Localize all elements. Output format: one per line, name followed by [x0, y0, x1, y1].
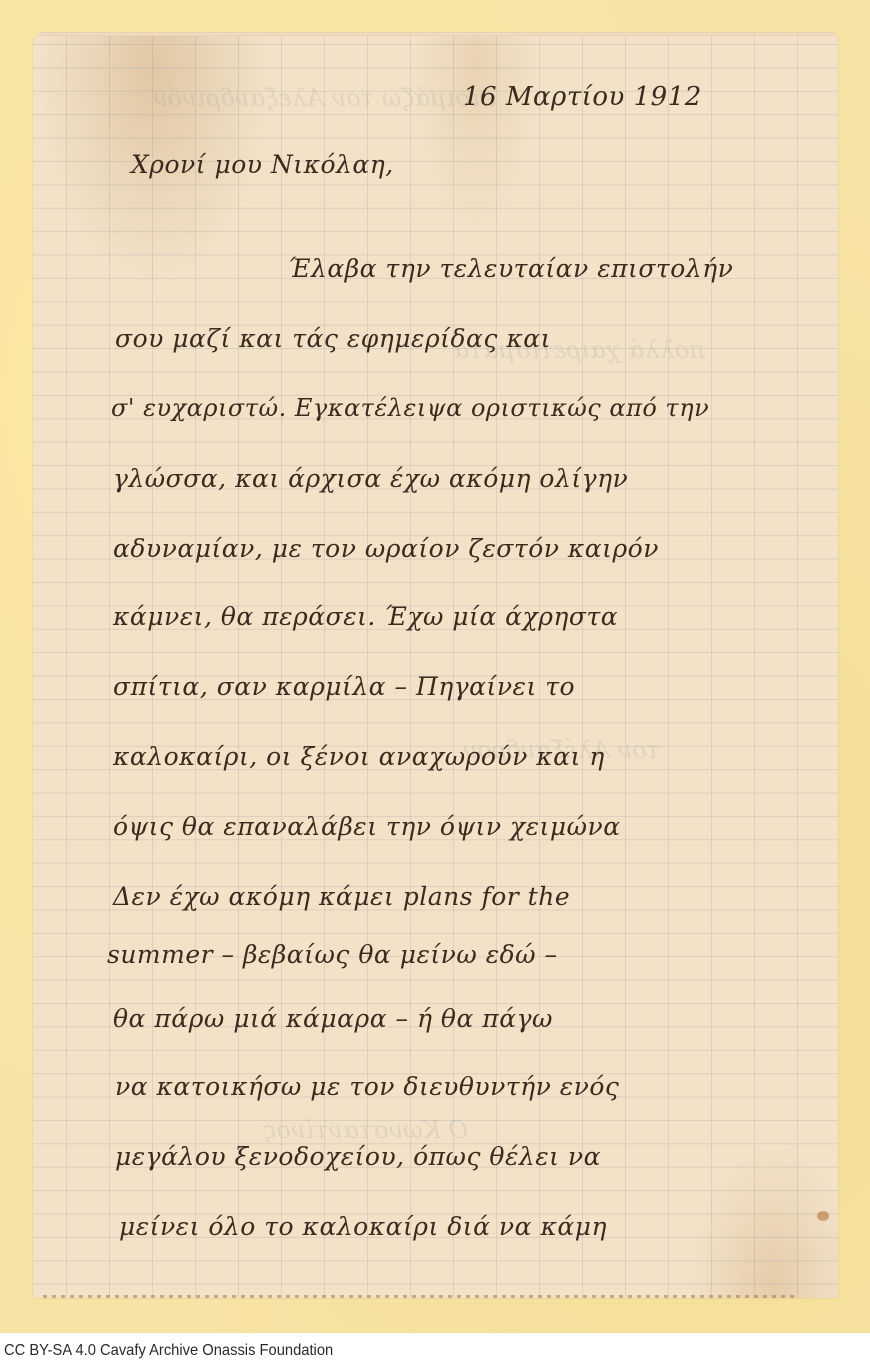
letter-line-9: όψις θα επαναλάβει την όψιν χειμώνα [113, 812, 621, 841]
letter-line-13: να κατοικήσω με τον διευθυντήν ενός [115, 1072, 619, 1101]
letter-line-10: Δεν έχω ακόμη κάμει plans for the [113, 882, 570, 911]
scan-backdrop: ετοιμάζω τον Αλεξανδρινόν πολλά χαιρετίσ… [0, 0, 870, 1333]
letter-line-5: αδυναμίαν, με τον ωραίον ζεστόν καιρόν [113, 534, 659, 563]
letter-line-8: καλοκαίρι, οι ξένοι αναχωρούν και η [113, 742, 605, 771]
ink-stain [817, 1211, 829, 1221]
letter-line-3: σ' ευχαριστώ. Εγκατέλειψα οριστικώς από … [111, 394, 709, 422]
letter-line-4: γλώσσα, και άρχισα έχω ακόμη ολίγην [113, 464, 628, 493]
paper-bottom-edge [43, 1295, 798, 1298]
letter-date: 16 Μαρτίου 1912 [463, 82, 702, 112]
letter-line-1: Έλαβα την τελευταίαν επιστολήν [288, 254, 733, 283]
show-through-ink: ετοιμάζω τον Αλεξανδρινόν [153, 84, 496, 112]
letter-salutation: Χρονί μου Νικόλαη, [131, 150, 394, 179]
letter-line-11: summer – βεβαίως θα μείνω εδώ – [107, 940, 558, 969]
letter-line-12: θα πάρω μιά κάμαρα – ή θα πάγω [113, 1004, 553, 1033]
show-through-ink: Ο Κωνσταντίνος [263, 1116, 468, 1144]
letter-line-2: σου μαζί και τάς εφημερίδας και [115, 324, 551, 353]
letter-line-7: σπίτια, σαν καρμίλα – Πηγαίνει το [113, 672, 575, 701]
letter-line-14: μεγάλου ξενοδοχείου, όπως θέλει να [115, 1142, 601, 1171]
letter-line-6: κάμνει, θα περάσει. Έχω μία άχρηστα [113, 602, 618, 631]
license-caption: CC BY-SA 4.0 Cavafy Archive Onassis Foun… [4, 1342, 333, 1360]
letter-page: ετοιμάζω τον Αλεξανδρινόν πολλά χαιρετίσ… [33, 36, 838, 1298]
letter-line-15: μείνει όλο το καλοκαίρι διά να κάμη [119, 1212, 607, 1241]
footer-bar: CC BY-SA 4.0 Cavafy Archive Onassis Foun… [0, 1333, 870, 1372]
